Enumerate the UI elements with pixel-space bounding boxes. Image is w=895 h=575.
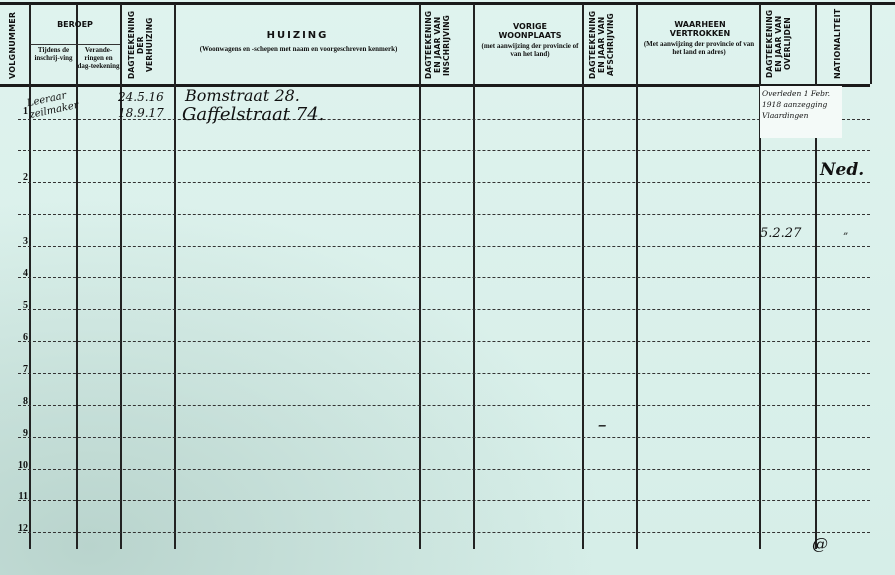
header-waarheen-sub: (Met aanwijzing der provincie of van het… — [640, 40, 758, 56]
row-number: 6 — [4, 332, 28, 343]
register-card: VOLGNUMMER BEROEP Tijdens de inschrij-vi… — [0, 0, 895, 575]
row-line — [18, 437, 870, 438]
row-line — [18, 214, 870, 215]
column-divider — [870, 4, 872, 84]
row-line — [18, 309, 870, 310]
beroep-subdivider — [30, 44, 120, 45]
row-line — [18, 532, 870, 533]
header-huizing-sub: (Woonwagens en -schepen met naam en voor… — [196, 45, 401, 53]
header-waarheen: WAARHEEN VERTROKKEN — [660, 20, 740, 38]
row-number: 4 — [4, 268, 28, 279]
row-number: 11 — [4, 491, 28, 502]
handwriting-overlijden-date: 5.2.27 — [760, 226, 801, 241]
handwriting-ditto: ” — [843, 232, 848, 243]
header-beroep: BEROEP — [30, 20, 120, 29]
handwriting-beroep: Leeraar zeilmaker — [26, 88, 80, 122]
row-line — [18, 341, 870, 342]
handwriting-overlijden-note: Overleden 1 Febr. 1918 aanzegging Vlaard… — [762, 88, 842, 121]
row-number: 7 — [4, 364, 28, 375]
row-line — [18, 405, 870, 406]
handwriting-nationaliteit: Ned. — [820, 160, 864, 180]
row-line — [18, 469, 870, 470]
row-number: 10 — [4, 460, 28, 471]
handwriting-address-2: Gaffelstraat 74. — [182, 104, 324, 125]
row-line — [18, 500, 870, 501]
row-number: 9 — [4, 428, 28, 439]
handwriting-date-2: 18.9.17 — [118, 106, 164, 120]
header-beroep-tijdens: Tijdens de inschrij-ving — [31, 46, 76, 62]
row-line — [18, 246, 870, 247]
header-datum-inschrijving: DAGTEEKENING EN JAAR VAN INSCHRIJVING — [424, 8, 468, 82]
row-line — [18, 182, 870, 183]
header-vorige-woonplaats: VORIGE WOONPLAATS — [490, 22, 570, 40]
row-number: 1 — [4, 106, 28, 117]
header-beroep-veranderingen: Verande-ringen en dag-teekening — [77, 46, 120, 70]
header-nationaliteit: NATIONALITEIT — [833, 8, 849, 80]
handwriting-mark-bottom: @ — [812, 534, 828, 553]
handwriting-address-1: Bomstraat 28. — [185, 86, 300, 105]
row-number: 2 — [4, 172, 28, 183]
row-number: 8 — [4, 396, 28, 407]
header-vorige-woonplaats-sub: (met aanwijzing der provincie of van het… — [480, 42, 580, 58]
handwriting-date-1: 24.5.16 — [118, 90, 164, 104]
handwriting-mark: ‒ — [598, 418, 606, 432]
row-number: 12 — [4, 523, 28, 534]
header-datum-afschrijving: DAGTEEKENING EN JAAR VAN AFSCHRIJVING — [588, 8, 632, 82]
header-datum-overlijden: DAGTEEKENING EN JAAR VAN OVERLIJDEN — [765, 6, 809, 82]
row-line — [18, 277, 870, 278]
row-number: 3 — [4, 236, 28, 247]
row-number: 5 — [4, 300, 28, 311]
header-volgnummer: VOLGNUMMER — [8, 10, 24, 80]
row-line — [18, 150, 870, 151]
header-huizing: HUIZING — [176, 30, 419, 41]
header-separator — [0, 84, 870, 87]
header-datum-verhuizing: DAGTEEKENING DER VERHUIZING — [127, 8, 171, 82]
row-line — [18, 373, 870, 374]
